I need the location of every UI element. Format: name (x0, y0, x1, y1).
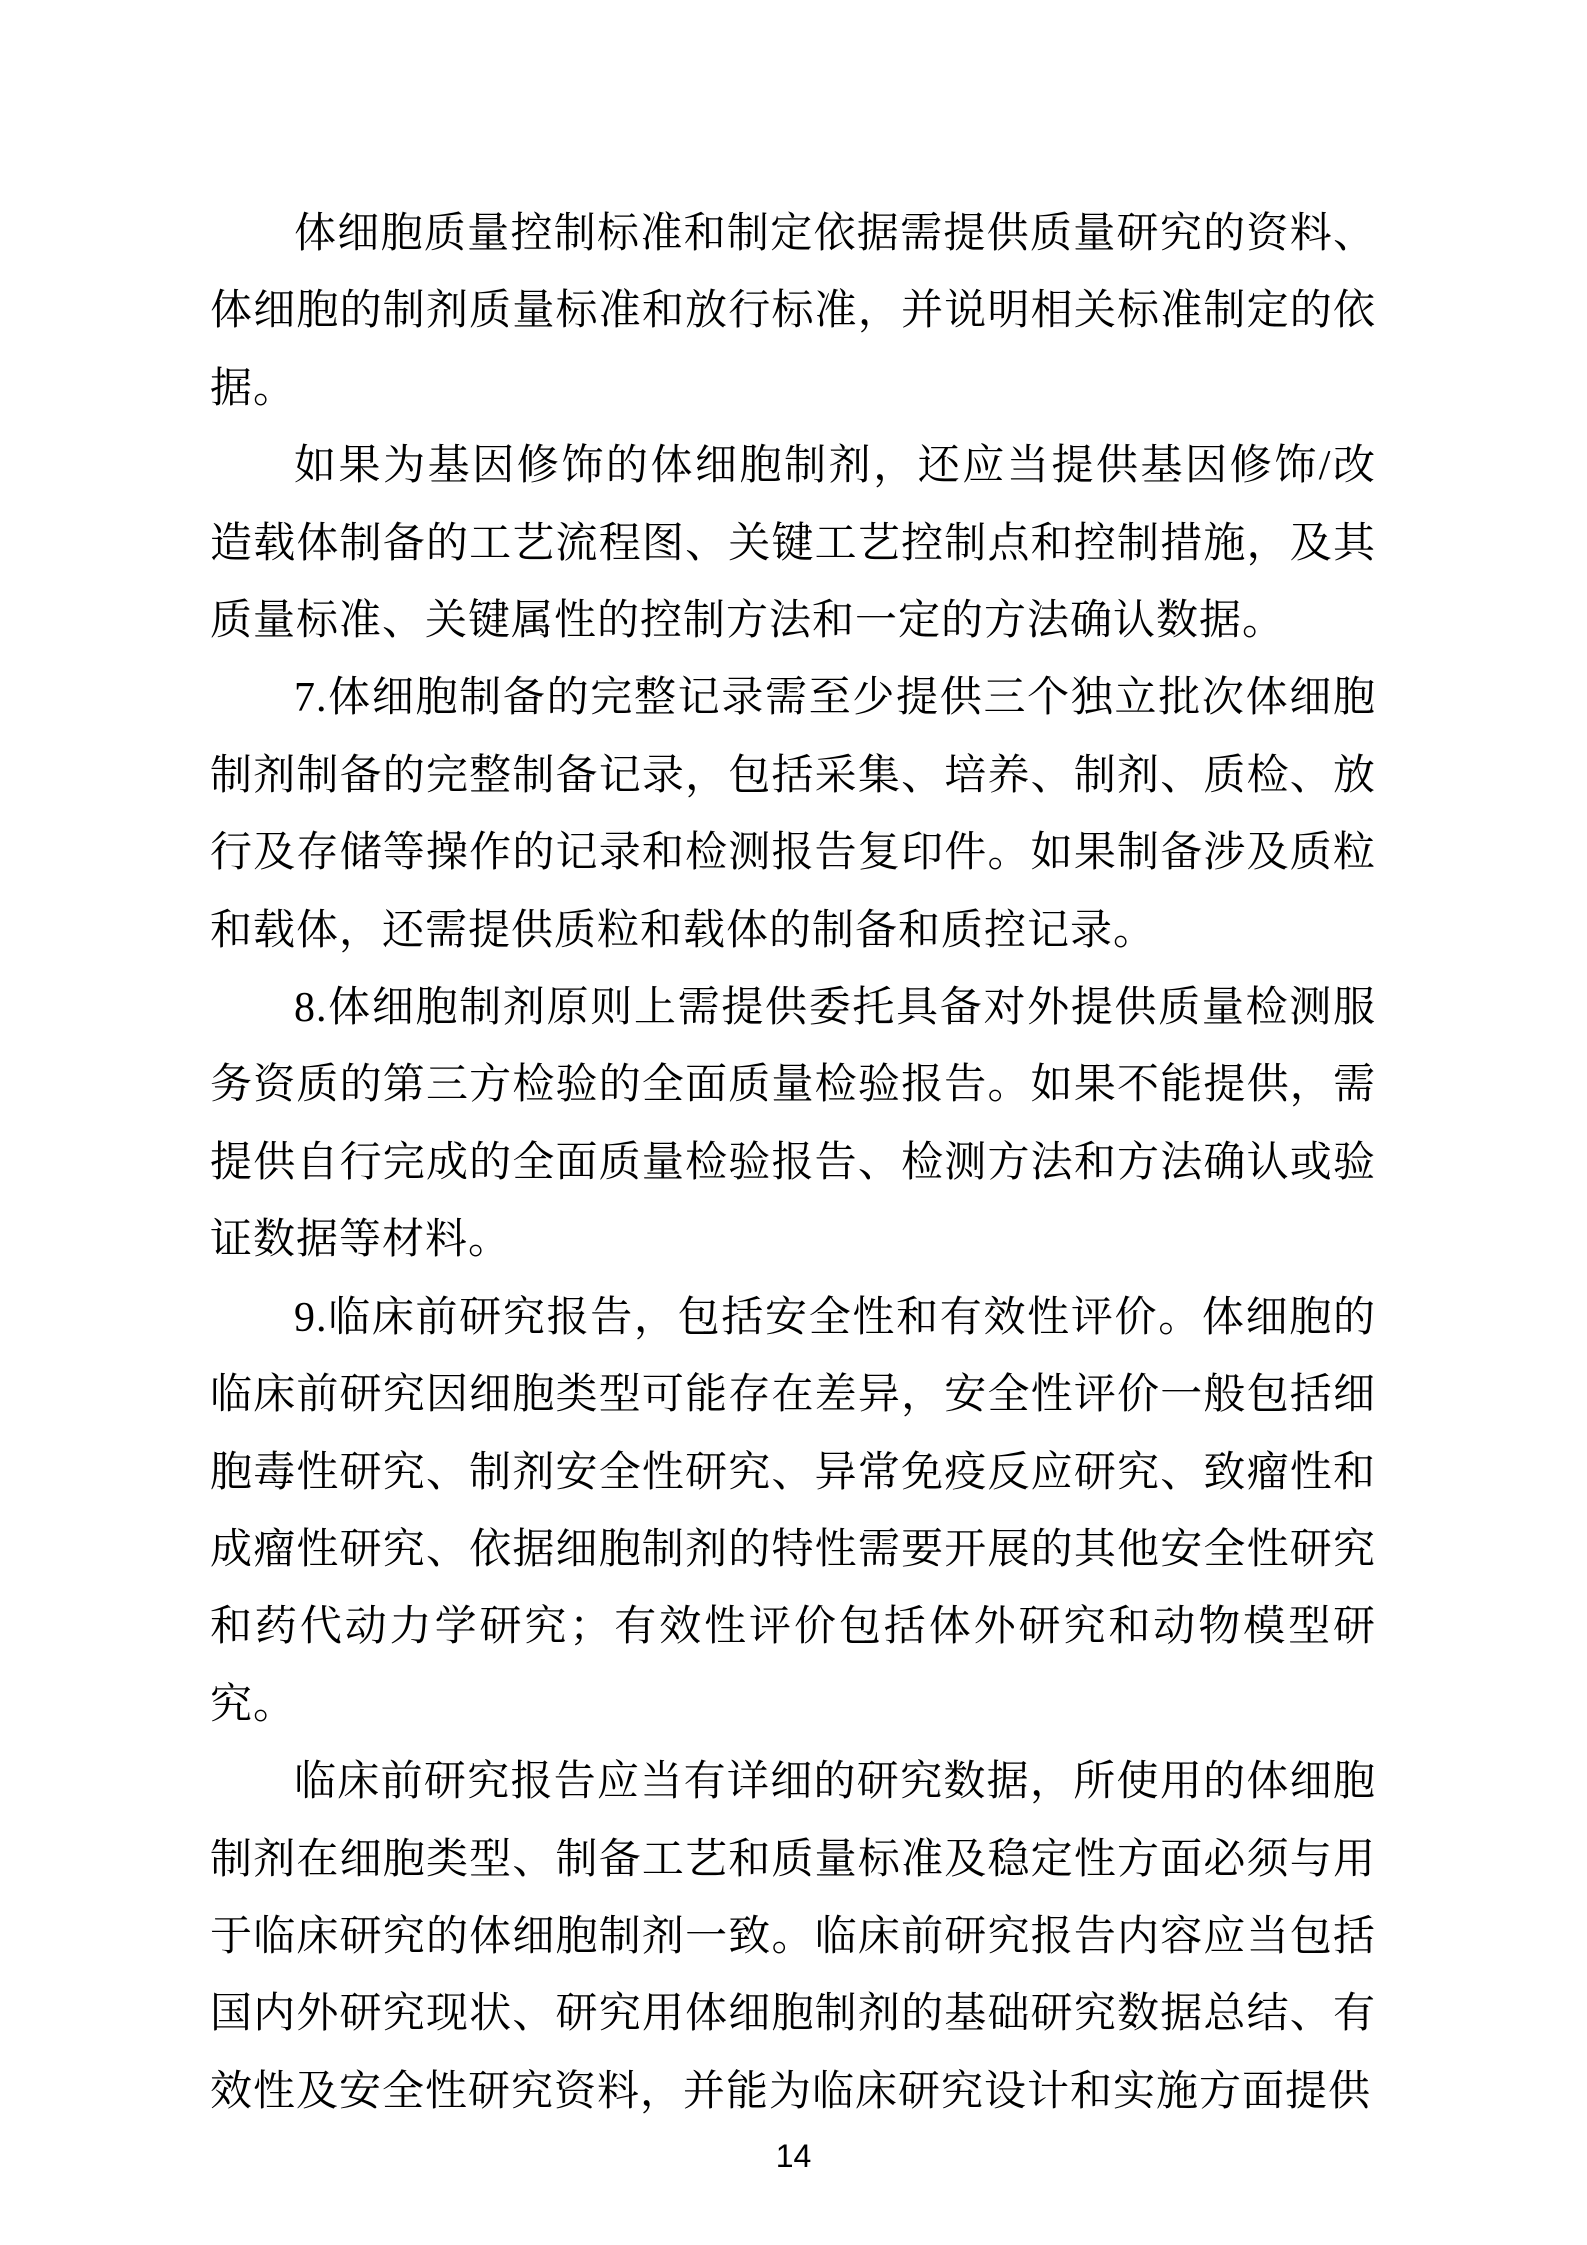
page-footer: 14 (0, 2138, 1587, 2175)
page-number: 14 (776, 2138, 812, 2174)
document-page: 体细胞质量控制标准和制定依据需提供质量研究的资料、体细胞的制剂质量标准和放行标准… (0, 0, 1587, 2245)
paragraph-gene-modified: 如果为基因修饰的体细胞制剂，还应当提供基因修饰/改造载体制备的工艺流程图、关键工… (210, 428, 1376, 660)
paragraph-item-7-records: 7.体细胞制备的完整记录需至少提供三个独立批次体细胞制剂制备的完整制备记录，包括… (210, 660, 1376, 970)
paragraph-preclinical-report: 临床前研究报告应当有详细的研究数据，所使用的体细胞制剂在细胞类型、制备工艺和质量… (210, 1744, 1376, 2131)
paragraph-item-9-preclinical: 9.临床前研究报告，包括安全性和有效性评价。体细胞的临床前研究因细胞类型可能存在… (210, 1280, 1376, 1744)
paragraph-item-8-inspection: 8.体细胞制剂原则上需提供委托具备对外提供质量检测服务资质的第三方检验的全面质量… (210, 970, 1376, 1280)
document-body: 体细胞质量控制标准和制定依据需提供质量研究的资料、体细胞的制剂质量标准和放行标准… (210, 196, 1376, 2131)
paragraph-quality-standards: 体细胞质量控制标准和制定依据需提供质量研究的资料、体细胞的制剂质量标准和放行标准… (210, 196, 1376, 428)
